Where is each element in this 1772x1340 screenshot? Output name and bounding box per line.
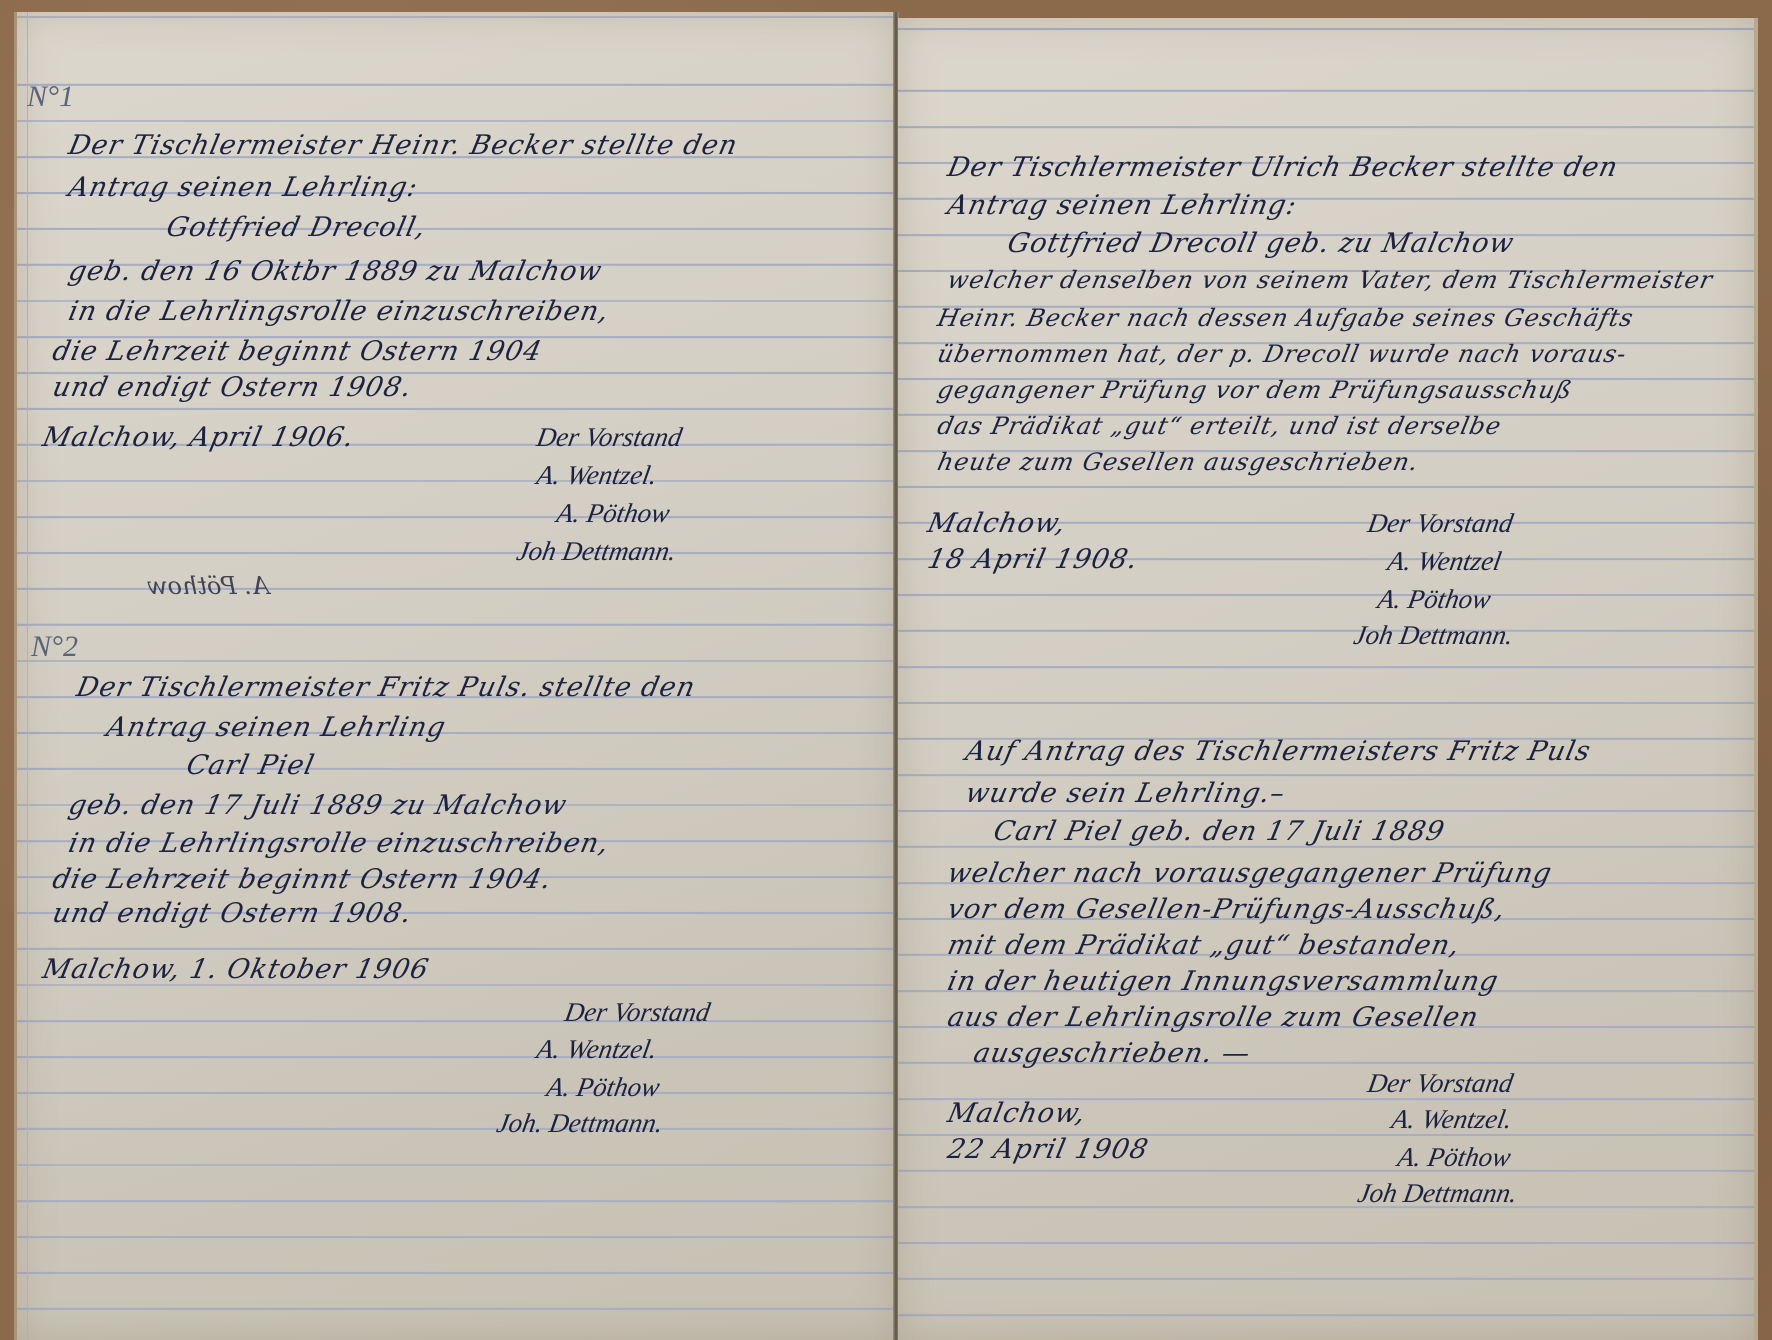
entry-2-place-date: Malchow, 1. Oktober 1906 [40,954,432,985]
right-entry-2-signature-dettmann: Joh Dettmann. [1355,1178,1519,1209]
entry-1-line-6: die Lehrzeit beginnt Ostern 1904 [50,336,545,367]
right-entry-1-signature-wentzel: A. Wentzel [1385,546,1503,577]
right-entry-1-signature-dettmann: Joh Dettmann. [1351,620,1515,651]
entry-2-apprentice-name: Carl Piel [184,750,318,781]
right-entry-1-line-8: das Prädikat „gut“ erteilt, und ist ders… [935,412,1504,440]
right-entry-2-line-1: Auf Antrag des Tischlermeisters Fritz Pu… [963,736,1594,767]
right-entry-1-line-5: Heinr. Becker nach dessen Aufgabe seines… [935,304,1636,332]
entry-1-line-5: in die Lehrlingsrolle einzuschreiben, [66,296,612,327]
ink-bleed-through: A. Pöthow [147,572,269,600]
entry-1-line-7: und endigt Ostern 1908. [50,372,415,403]
right-entry-1-place: Malchow, [925,508,1069,539]
entry-number-2: N°2 [31,630,78,664]
entry-1-apprentice-name: Gottfried Drecoll, [164,212,429,243]
right-entry-2-date: 22 April 1908 [945,1134,1152,1165]
right-entry-2-signature-poethow: A. Pöthow [1395,1142,1513,1173]
right-entry-2-line-4: welcher nach vorausgegangener Prüfung [945,858,1555,889]
entry-2-line-7: und endigt Ostern 1908. [50,898,415,929]
right-entry-2-line-9: ausgeschrieben. — [971,1038,1254,1069]
entry-1-line-1: Der Tischlermeister Heinr. Becker stellt… [66,130,741,161]
right-entry-1-line-3: Gottfried Drecoll geb. zu Malchow [1005,228,1517,259]
entry-2-line-4: geb. den 17 Juli 1889 zu Malchow [66,790,570,821]
right-entry-1-board-title: Der Vorstand [1365,508,1515,539]
entry-number-1: N°1 [27,80,74,114]
right-page: Der Tischlermeister Ulrich Becker stellt… [898,18,1758,1340]
right-entry-1-date: 18 April 1908. [925,544,1141,575]
entry-2-line-2: Antrag seinen Lehrling [104,712,449,743]
right-entry-2-place: Malchow, [945,1098,1089,1129]
entry-2-signature-wentzel: A. Wentzel. [534,1034,659,1065]
right-entry-1-line-9: heute zum Gesellen ausgeschrieben. [935,448,1421,476]
left-page: N°1 Der Tischlermeister Heinr. Becker st… [14,12,897,1340]
right-entry-1-signature-poethow: A. Pöthow [1375,584,1493,615]
entry-1-line-2: Antrag seinen Lehrling: [66,172,421,203]
entry-2-line-1: Der Tischlermeister Fritz Puls. stellte … [74,672,699,703]
right-entry-2-signature-wentzel: A. Wentzel. [1389,1104,1514,1135]
right-entry-1-line-2: Antrag seinen Lehrling: [945,190,1300,221]
right-entry-1-line-1: Der Tischlermeister Ulrich Becker stellt… [945,152,1621,183]
entry-1-signature-poethow: A. Pöthow [554,498,672,529]
right-entry-1-line-6: übernommen hat, der p. Drecoll wurde nac… [935,340,1630,368]
right-entry-2-board-title: Der Vorstand [1365,1068,1515,1099]
entry-2-line-6: die Lehrzeit beginnt Ostern 1904. [50,864,555,895]
right-entry-2-line-5: vor dem Gesellen-Prüfungs-Ausschuß, [945,894,1509,925]
right-entry-2-line-8: aus der Lehrlingsrolle zum Gesellen [945,1002,1482,1033]
right-entry-1-line-7: gegangener Prüfung vor dem Prüfungsaussc… [935,376,1575,404]
entry-1-signature-wentzel: A. Wentzel. [534,460,659,491]
right-entry-2-line-2: wurde sein Lehrling.– [963,778,1289,809]
entry-2-signature-poethow: A. Pöthow [544,1072,662,1103]
entry-1-board-title: Der Vorstand [534,422,684,453]
right-entry-2-line-7: in der heutigen Innungsversammlung [945,966,1502,997]
right-entry-2-line-6: mit dem Prädikat „gut“ bestanden, [945,930,1463,961]
entry-2-signature-dettmann: Joh. Dettmann. [494,1108,665,1139]
right-entry-1-line-4: welcher denselben von seinem Vater, dem … [945,266,1716,294]
entry-1-signature-dettmann: Joh Dettmann. [514,536,678,567]
entry-1-line-4: geb. den 16 Oktbr 1889 zu Malchow [66,256,605,287]
entry-2-line-5: in die Lehrlingsrolle einzuschreiben, [66,828,612,859]
right-entry-2-line-3: Carl Piel geb. den 17 Juli 1889 [991,816,1448,847]
entry-2-board-title: Der Vorstand [562,997,712,1028]
entry-1-place-date: Malchow, April 1906. [40,422,358,453]
margin-line [27,12,28,1340]
